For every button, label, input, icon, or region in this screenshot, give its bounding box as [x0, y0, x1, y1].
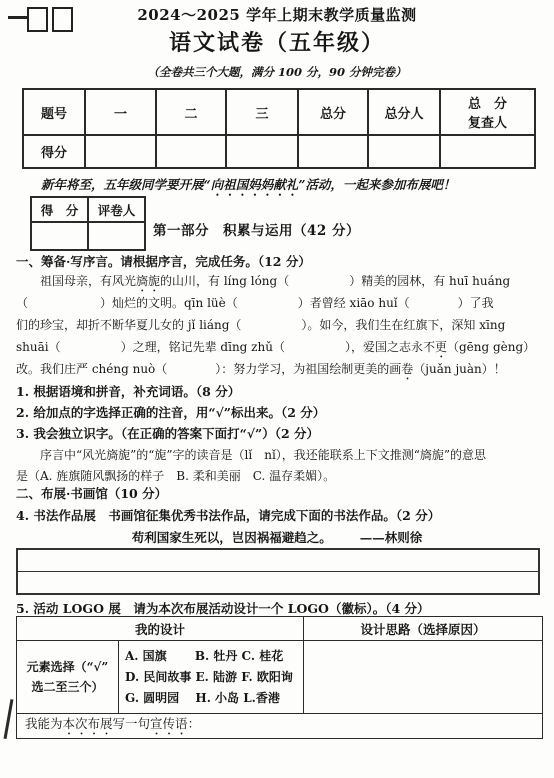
passage-line: shuāi（ ）之理，铭记先辈 dīng zhǔ（ ），爱国之志永不更（gēng… [16, 338, 535, 361]
score-cell-empty [440, 135, 535, 168]
idea-answer-cell [304, 641, 543, 714]
score-col-label: 题号 [23, 89, 85, 135]
grader-name-cell [88, 222, 145, 250]
score-col-three: 三 [226, 89, 298, 135]
score-col-reviewer: 总 分 复查人 [440, 89, 535, 135]
quote-text: 苟利国家生死以，岂因祸福避趋之。 [132, 530, 332, 545]
logo-table-slogan-row: 我能为本次布展写一句宣传语： [17, 714, 543, 739]
element-choice-label-cell: 元素选择（“√” 选二至三个） [17, 641, 119, 714]
grader-name-label: 评卷人 [88, 197, 145, 222]
element-options-row: G. 圆明园 H. 小岛 L.香港 [125, 688, 303, 709]
passage-line: 改。我们庄严 chéng nuò（ ）：努力学习，为祖国绘制更美的画卷（juǎn… [16, 360, 506, 383]
question-2: 2. 给加点的字选择正确的注音，用“√”标出来。（2 分） [16, 403, 325, 421]
element-options-row: A. 国旗 B. 牡丹 C. 桂花 [125, 646, 303, 667]
slogan-cell: 我能为本次布展写一句宣传语： [17, 714, 543, 739]
writing-box-divider [18, 571, 538, 572]
quote-author: ——林则徐 [360, 530, 423, 545]
score-col-one: 一 [85, 89, 156, 135]
score-table-value-row: 得分 [23, 135, 535, 168]
exam-paper-page: 2024～2025 学年上期末教学质量监测 语文试卷（五年级） （全卷共三个大题… [0, 0, 554, 778]
calligraphy-quote: 苟利国家生死以，岂因祸福避趋之。——林则徐 [0, 528, 554, 546]
element-choice-label-line2: 选二至三个） [17, 677, 118, 697]
section2-heading: 二、布展·书画馆（10 分） [16, 484, 167, 502]
question-3-passage-line: 序言中“风光旖旎”的“旎”字的读音是（lǐ nǐ），我还能联系上下文推测“旖旎”… [16, 446, 486, 463]
score-cell-empty [368, 135, 440, 168]
scan-skew-artifact [4, 699, 13, 739]
score-cell-empty [226, 135, 298, 168]
score-col-totaler: 总分人 [368, 89, 440, 135]
question-3: 3. 我会独立识字。（在正确的答案下面打“√”）（2 分） [16, 424, 319, 442]
idea-header-cell: 设计思路（选择原因） [304, 617, 543, 641]
score-cell-empty [85, 135, 156, 168]
passage-line: （ ）灿烂的文明。qīn lüè（ ）者曾经 xiāo huǐ（ ）了我 [16, 294, 494, 311]
score-col-total: 总分 [298, 89, 368, 135]
passage-line: 们的珍宝，却折不断华夏儿女的 jǐ liáng（ ）。如今，我们生在红旗下，深知… [16, 316, 505, 333]
element-choice-label-line1: 元素选择（“√” [17, 657, 118, 677]
passage-line: 祖国母亲，有风光旖旎的山川，有 líng lóng（ ）精美的园林，有 huī … [16, 272, 510, 295]
score-table-header-row: 题号 一 二 三 总分 总分人 总 分 复查人 [23, 89, 535, 135]
question-1: 1. 根据语境和拼音，补充词语。（8 分） [16, 382, 240, 400]
grader-score-box: 得 分 评卷人 [30, 196, 146, 251]
grader-score-cell [31, 222, 88, 250]
question-5: 5. 活动 LOGO 展 请为本次布展活动设计一个 LOGO（徽标）。（4 分） [16, 599, 430, 617]
question-4: 4. 书法作品展 书画馆征集优秀书法作品，请完成下面的书法作品。（2 分） [16, 506, 440, 524]
score-cell-empty [298, 135, 368, 168]
grader-box-empty-row [31, 222, 145, 250]
element-options-cell: A. 国旗 B. 牡丹 C. 桂花 D. 民间故事 E. 陆游 F. 欧阳询 G… [119, 641, 304, 714]
section1-heading: 一、筹备·写序言。请根据序言，完成任务。（12 分） [16, 252, 311, 270]
score-cell-empty [156, 135, 226, 168]
exam-title: 2024～2025 学年上期末教学质量监测 [0, 4, 554, 25]
part1-title: 第一部分 积累与运用（42 分） [153, 219, 360, 239]
exam-note: （全卷共三个大题，满分 100 分，90 分钟完卷） [0, 64, 554, 80]
logo-table-content-row: 元素选择（“√” 选二至三个） A. 国旗 B. 牡丹 C. 桂花 D. 民间故… [17, 641, 543, 714]
score-col-reviewer-line1: 总 分 [441, 93, 534, 112]
calligraphy-writing-box [16, 548, 540, 595]
exam-subtitle: 语文试卷（五年级） [0, 26, 554, 57]
score-col-two: 二 [156, 89, 226, 135]
logo-design-table: 我的设计 设计思路（选择原因） 元素选择（“√” 选二至三个） A. 国旗 B.… [16, 616, 543, 739]
element-options-row: D. 民间故事 E. 陆游 F. 欧阳询 [125, 667, 303, 688]
question-3-passage-line: 是（A. 旌旗随风飘扬的样子 B. 柔和美丽 C. 温存柔媚）。 [16, 467, 335, 484]
score-col-reviewer-line2: 复查人 [441, 112, 534, 131]
grader-box-header-row: 得 分 评卷人 [31, 197, 145, 222]
design-header-cell: 我的设计 [17, 617, 304, 641]
score-summary-table: 题号 一 二 三 总分 总分人 总 分 复查人 得分 [22, 88, 536, 169]
grader-score-label: 得 分 [31, 197, 88, 222]
score-row-label: 得分 [23, 135, 85, 168]
logo-table-header-row: 我的设计 设计思路（选择原因） [17, 617, 543, 641]
